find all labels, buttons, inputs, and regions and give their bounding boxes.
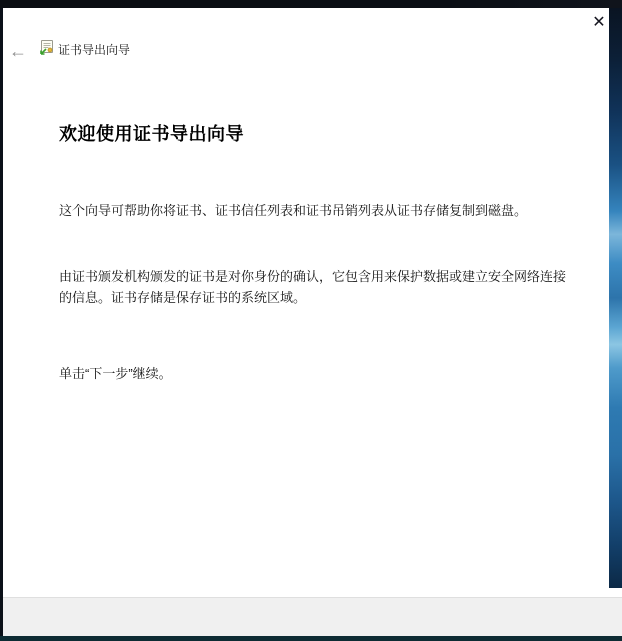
wallpaper-gap: [609, 588, 622, 597]
footer-button-bar: [3, 597, 622, 636]
close-icon: ✕: [592, 12, 605, 32]
certificate-export-icon: [38, 39, 54, 55]
close-button[interactable]: ✕: [584, 7, 614, 36]
intro-paragraph: 这个向导可帮助你将证书、证书信任列表和证书吊销列表从证书存储复制到磁盘。: [59, 200, 567, 221]
certificate-export-wizard-dialog: ✕ ← 证书导出向导 欢迎使用证书导出向导 这个向导可帮助你将证书、证书信任列表…: [3, 8, 609, 597]
back-button[interactable]: ←: [5, 40, 31, 62]
welcome-heading: 欢迎使用证书导出向导: [59, 120, 244, 146]
desktop-wallpaper: [609, 8, 622, 588]
bottom-dark-strip: [0, 636, 622, 641]
wizard-title: 证书导出向导: [58, 41, 130, 58]
background-window-top-strip: [0, 0, 622, 8]
screen: ✕ ← 证书导出向导 欢迎使用证书导出向导 这个向导可帮助你将证书、证书信任列表…: [0, 0, 622, 641]
wizard-header: ← 证书导出向导: [3, 36, 609, 66]
back-arrow-icon: ←: [9, 41, 27, 62]
description-paragraph: 由证书颁发机构颁发的证书是对你身份的确认，它包含用来保护数据或建立安全网络连接的…: [59, 266, 567, 308]
next-instruction-paragraph: 单击“下一步”继续。: [59, 363, 567, 384]
